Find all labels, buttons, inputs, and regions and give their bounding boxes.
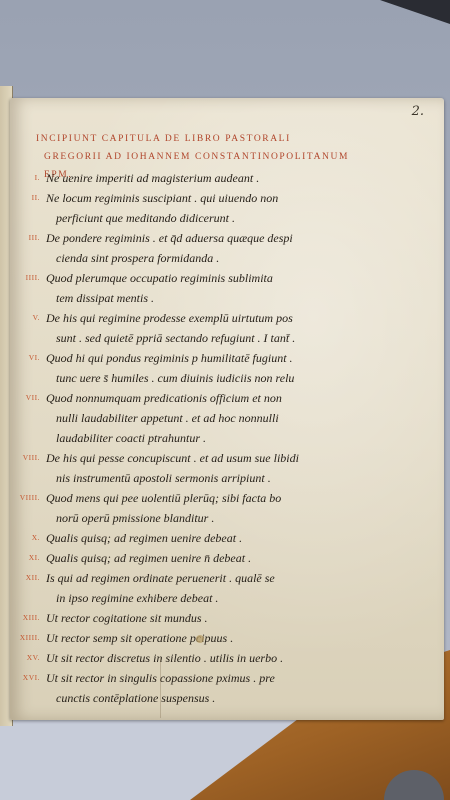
chapter-entry: XV.Ut sit rector discretus in silentio .… <box>10 648 440 668</box>
chapter-text: Ne locum regiminis suscipiant . qui uiue… <box>46 188 338 228</box>
chapter-entry: IIII.Quod plerumque occupatio regiminis … <box>10 268 440 308</box>
stain <box>196 635 204 643</box>
chapter-line: Qualis quisq; ad regimen uenire n̄ debea… <box>46 548 338 568</box>
chapter-number: XII. <box>12 573 40 582</box>
chapter-number: XI. <box>12 553 40 562</box>
chapter-line: Quod mens qui pee uolentiū plerūq; sibi … <box>46 488 338 508</box>
chapter-line: tem dissipat mentis . <box>46 288 338 308</box>
chapter-line: in ipso regimine exhibere debeat . <box>46 588 338 608</box>
chapter-number: II. <box>12 193 40 202</box>
chapter-line: tunc uere s̄ humiles . cum diuinis iudic… <box>46 368 338 388</box>
chapter-number: XIII. <box>12 613 40 622</box>
chapter-entry: XI.Qualis quisq; ad regimen uenire n̄ de… <box>10 548 440 568</box>
chapter-line: Ne uenire imperiti ad magisterium audean… <box>46 168 338 188</box>
manuscript-page: 2. Incipiunt capitula de libro pastorali… <box>10 98 444 720</box>
chapter-text: Ut sit rector discretus in silentio . ut… <box>46 648 338 668</box>
chapter-number: VIII. <box>12 453 40 462</box>
chapter-line: De his qui pesse concupiscunt . et ad us… <box>46 448 338 468</box>
chapter-number: V. <box>12 313 40 322</box>
chapter-number: IIII. <box>12 273 40 282</box>
chapter-entry: VII.Quod nonnumquam predicationis offici… <box>10 388 440 448</box>
page-crease <box>160 658 161 718</box>
chapter-text: Quod mens qui pee uolentiū plerūq; sibi … <box>46 488 338 528</box>
chapter-number: VIIII. <box>12 493 40 502</box>
chapter-entry: II.Ne locum regiminis suscipiant . qui u… <box>10 188 440 228</box>
chapter-entry: VI.Quod hi qui pondus regiminis p humili… <box>10 348 440 388</box>
chapter-entry: V.De his qui regimine prodesse exemplū u… <box>10 308 440 348</box>
chapter-line: laudabiliter coacti ptrahuntur . <box>46 428 338 448</box>
chapter-line: Quod plerumque occupatio regiminis subli… <box>46 268 338 288</box>
chapter-entry: III.De pondere regiminis . et q̄d aduers… <box>10 228 440 268</box>
chapter-text: Ne uenire imperiti ad magisterium audean… <box>46 168 338 188</box>
chapter-line: De pondere regiminis . et q̄d aduersa qu… <box>46 228 338 248</box>
chapter-text: Qualis quisq; ad regimen uenire n̄ debea… <box>46 548 338 568</box>
folio-number: 2. <box>412 104 424 119</box>
chapter-line: nulli laudabiliter appetunt . et ad hoc … <box>46 408 338 428</box>
chapter-line: Ut sit rector in singulis copassione pxi… <box>46 668 338 688</box>
chapter-number: X. <box>12 533 40 542</box>
chapter-line: Ut sit rector discretus in silentio . ut… <box>46 648 338 668</box>
chapter-line: cunctis contēplatione suspensus . <box>46 688 338 708</box>
chapter-number: III. <box>12 233 40 242</box>
chapter-line: cienda sint prospera formidanda . <box>46 248 338 268</box>
chapter-text: De pondere regiminis . et q̄d aduersa qu… <box>46 228 338 268</box>
chapter-text: Ut rector semp sit operatione pcipuus . <box>46 628 338 648</box>
chapter-entry: VIII.De his qui pesse concupiscunt . et … <box>10 448 440 488</box>
chapter-entry: I.Ne uenire imperiti ad magisterium aude… <box>10 168 440 188</box>
chapter-line: Ne locum regiminis suscipiant . qui uiue… <box>46 188 338 208</box>
chapter-text: Ut rector cogitatione sit mundus . <box>46 608 338 628</box>
chapter-entry: XII.Is qui ad regimen ordinate perueneri… <box>10 568 440 608</box>
chapter-line: Qualis quisq; ad regimen uenire debeat . <box>46 528 338 548</box>
chapter-number: VI. <box>12 353 40 362</box>
chapter-text: Qualis quisq; ad regimen uenire debeat . <box>46 528 338 548</box>
chapter-line: Quod hi qui pondus regiminis p humilitat… <box>46 348 338 368</box>
chapter-line: Ut rector cogitatione sit mundus . <box>46 608 338 628</box>
chapter-number: XV. <box>12 653 40 662</box>
chapter-entry: X.Qualis quisq; ad regimen uenire debeat… <box>10 528 440 548</box>
chapter-text: De his qui regimine prodesse exemplū uir… <box>46 308 338 348</box>
rubric-line-1: Incipiunt capitula de libro pastorali <box>36 130 356 148</box>
chapter-line: nis instrumentū apostoli sermonis arripi… <box>46 468 338 488</box>
chapter-text: Quod plerumque occupatio regiminis subli… <box>46 268 338 308</box>
chapter-line: Ut rector semp sit operatione pcipuus . <box>46 628 338 648</box>
chapter-text: Is qui ad regimen ordinate peruenerit . … <box>46 568 338 608</box>
chapter-entry: XVI.Ut sit rector in singulis copassione… <box>10 668 440 708</box>
chapter-text: De his qui pesse concupiscunt . et ad us… <box>46 448 338 488</box>
chapter-text: Quod hi qui pondus regiminis p humilitat… <box>46 348 338 388</box>
chapter-line: norū operū pmissione blanditur . <box>46 508 338 528</box>
chapter-text: Quod nonnumquam predicationis officium e… <box>46 388 338 448</box>
chapter-number: I. <box>12 173 40 182</box>
chapter-number: VII. <box>12 393 40 402</box>
chapter-line: Is qui ad regimen ordinate peruenerit . … <box>46 568 338 588</box>
chapter-entry: XIIII.Ut rector semp sit operatione pcip… <box>10 628 440 648</box>
chapter-number: XVI. <box>12 673 40 682</box>
chapter-text: Ut sit rector in singulis copassione pxi… <box>46 668 338 708</box>
chapter-line: sunt . sed quietē ppriā sectando refugiu… <box>46 328 338 348</box>
chapter-entry: VIIII.Quod mens qui pee uolentiū plerūq;… <box>10 488 440 528</box>
chapter-number: XIIII. <box>12 633 40 642</box>
chapter-entry: XIII.Ut rector cogitatione sit mundus . <box>10 608 440 628</box>
chapter-list: I.Ne uenire imperiti ad magisterium aude… <box>10 168 440 708</box>
chapter-line: De his qui regimine prodesse exemplū uir… <box>46 308 338 328</box>
chapter-line: perficiunt que meditando didicerunt . <box>46 208 338 228</box>
chapter-line: Quod nonnumquam predicationis officium e… <box>46 388 338 408</box>
